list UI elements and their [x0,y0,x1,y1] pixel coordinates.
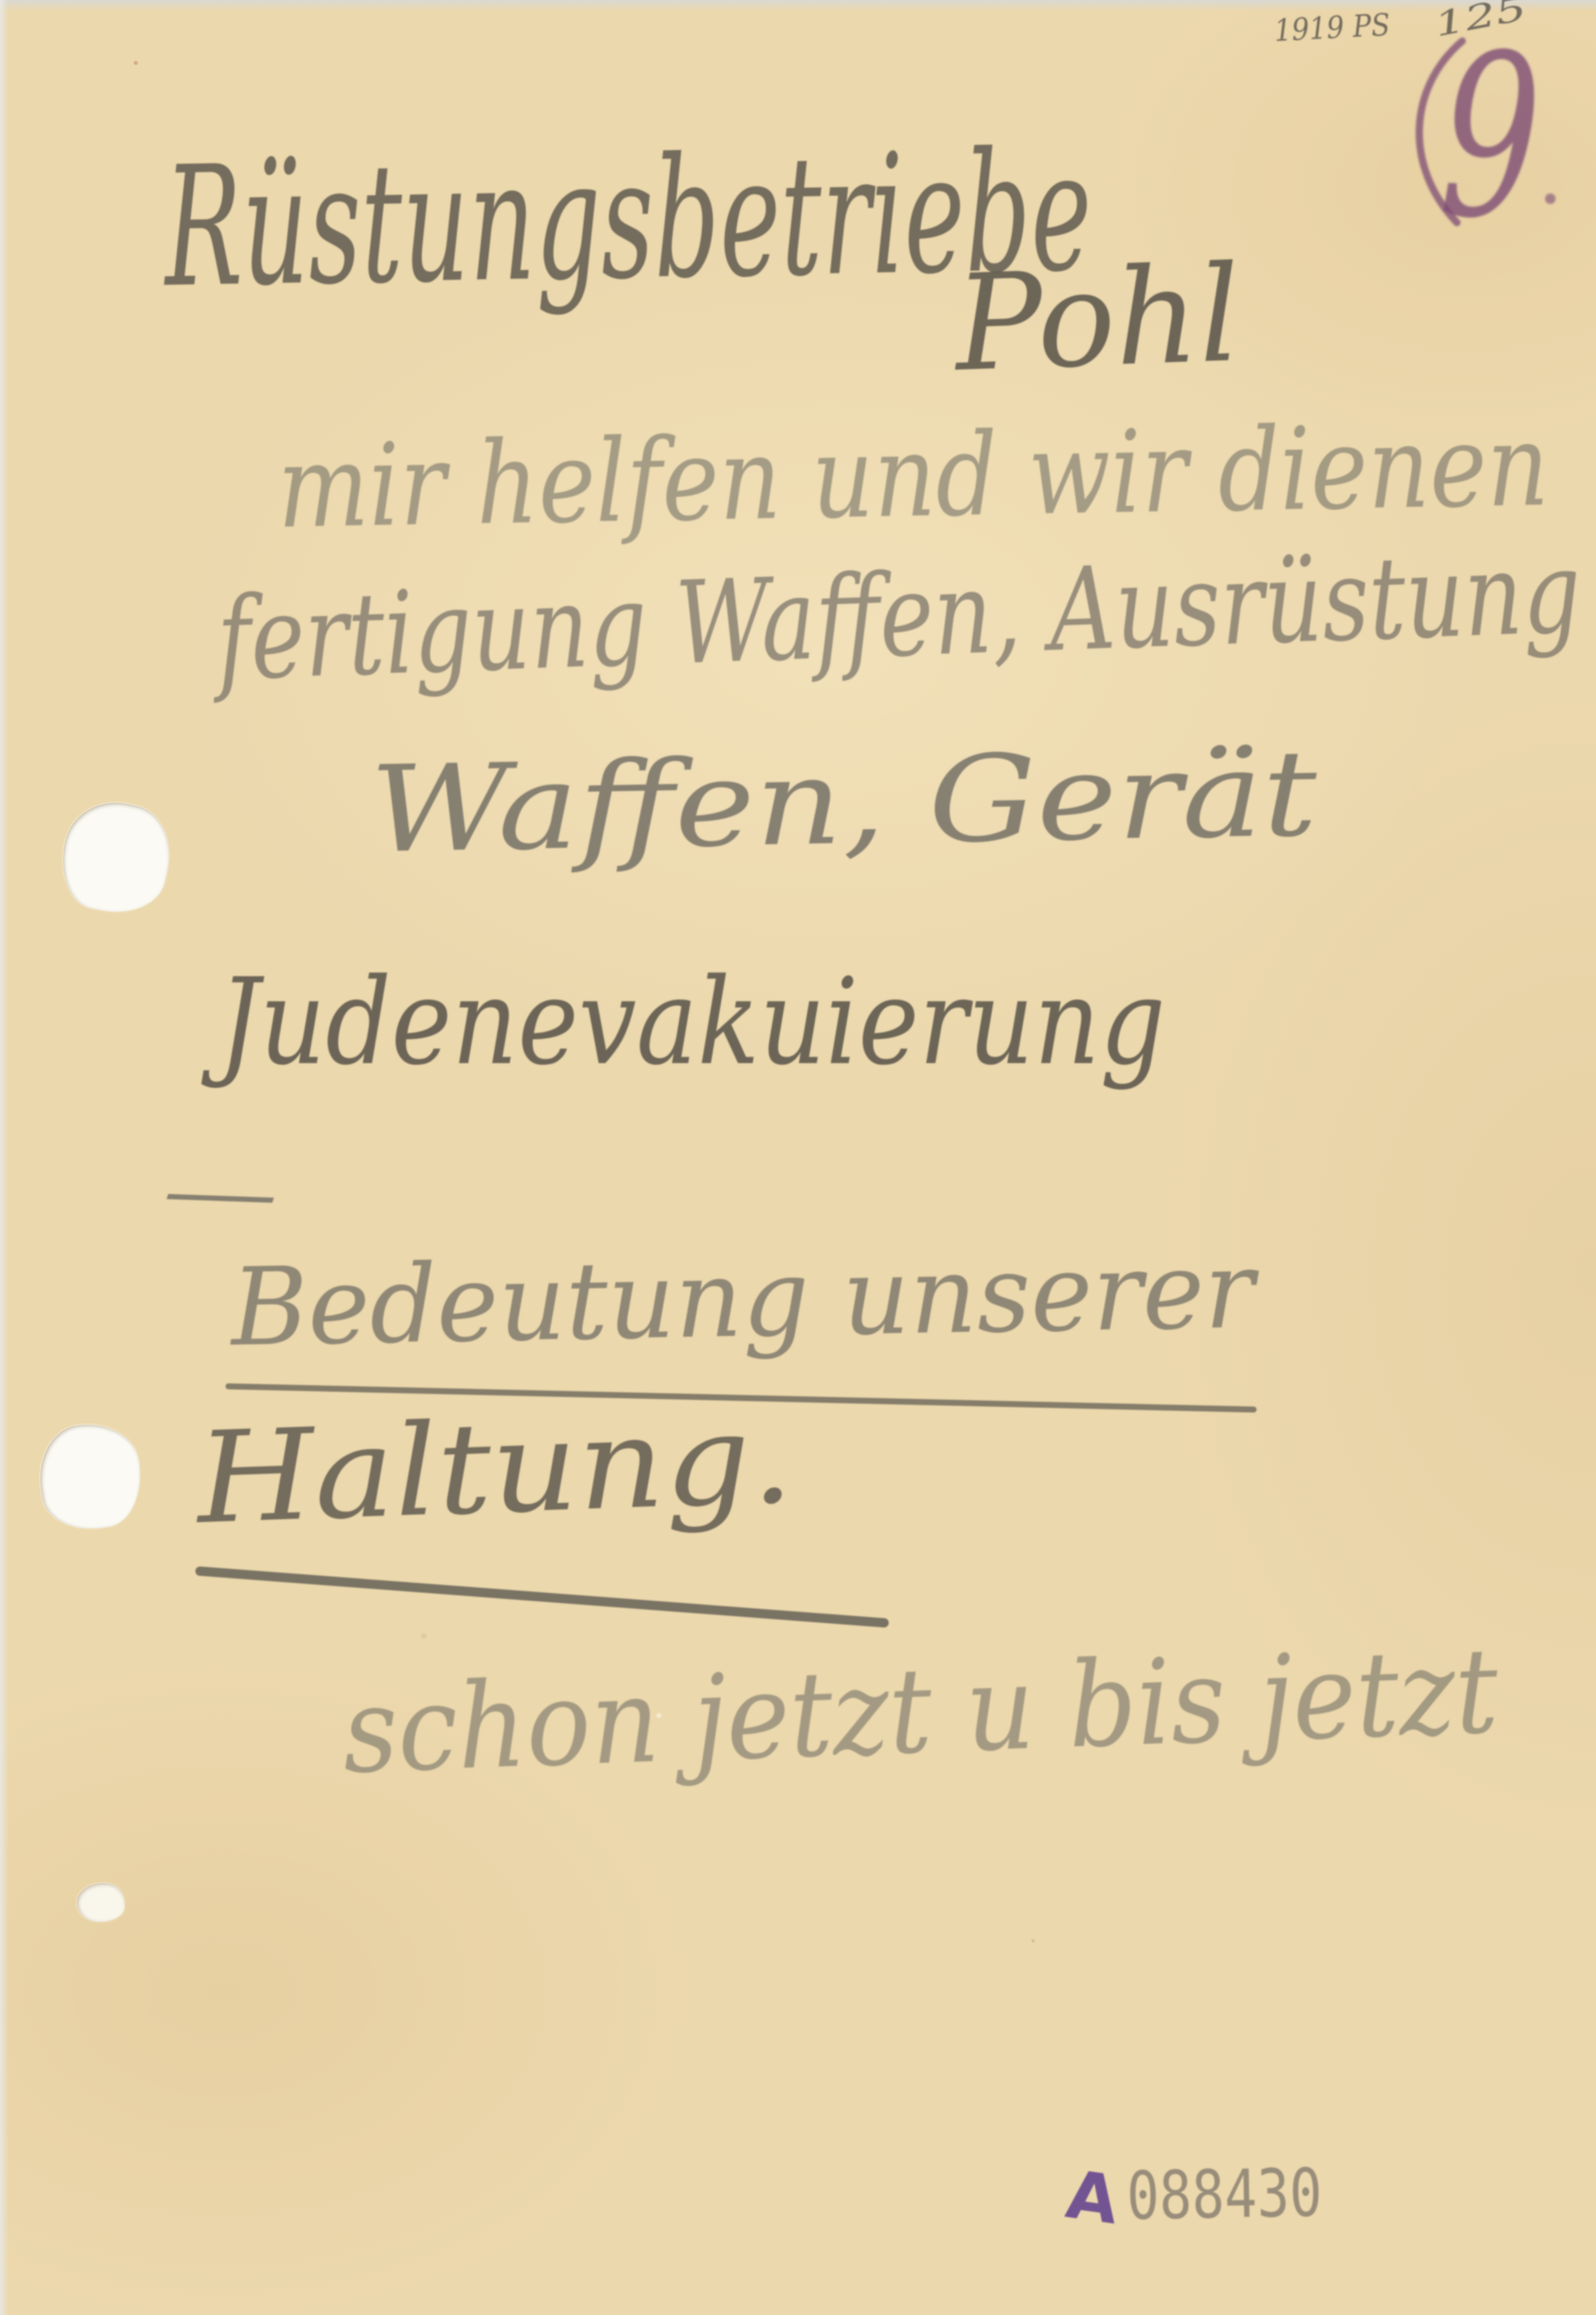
archive-stamp: A 088430 [1062,2154,1322,2239]
handwriting-layer: 1919 PS 125 9 Rüstungsbetriebe Pohl mir … [0,0,1596,2315]
note-line-mir-helfen: mir helfen und wir dienen [276,399,1550,554]
underline-haltung [200,1571,884,1623]
stamp-number: 088430 [1126,2154,1322,2235]
stamp-prefix-letter: A [1062,2155,1123,2239]
note-dash-mark: — [161,1145,280,1241]
crayon-page-number: 9 [1419,5,1556,270]
scanned-document-page: 1919 PS 125 9 Rüstungsbetriebe Pohl mir … [0,0,1596,2315]
note-line-schon-jetzt: schon jetzt u bis jetzt [340,1622,1501,1800]
note-line-fertigung: fertigung Waffen, Ausrüstung [209,525,1583,706]
crayon-dot [1545,193,1556,204]
crayon-page-digit: 9 [1436,5,1545,270]
note-line-ruestungsbetriebe: Rüstungsbetriebe [161,115,1093,324]
note-line-pohl: Pohl [950,237,1243,401]
note-line-haltung: Haltung. [193,1385,795,1552]
note-line-waffen-geraet: Waffen, Gerät [369,725,1319,880]
note-line-judenevakuierung: Judenevakuierung [201,953,1166,1092]
note-line-bedeutung-unserer: Bedeutung unserer [228,1228,1260,1370]
doc-number-annotation: 1919 PS [1273,7,1391,48]
